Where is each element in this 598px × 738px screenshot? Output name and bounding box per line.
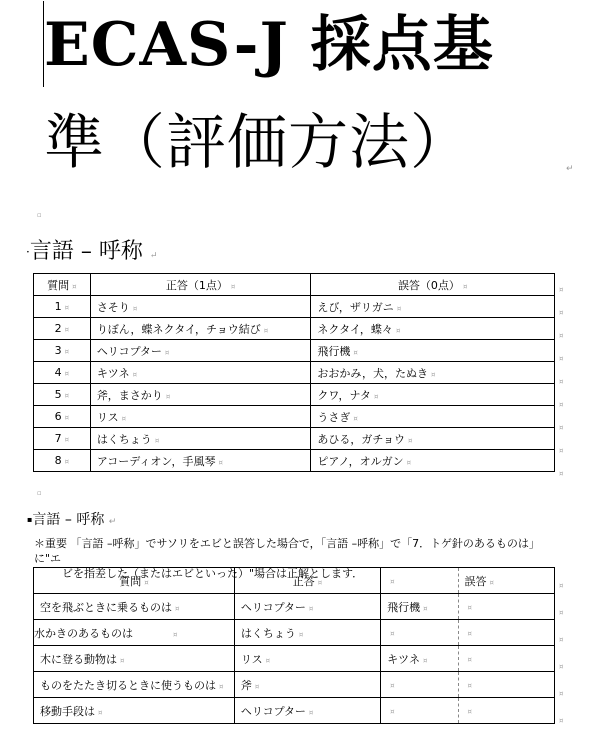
- header-blank: ¤: [381, 568, 458, 594]
- header-incorrect: 誤答（0点）¤: [311, 274, 555, 296]
- cell-incorrect-2: ¤: [458, 594, 555, 620]
- empty-paragraph-mark-icon: ▫: [37, 212, 42, 219]
- cell-correct: リス¤: [234, 646, 380, 672]
- cell-incorrect: ピアノ，オルガン¤: [311, 450, 555, 472]
- cell-text: ピアノ，オルガン: [317, 455, 403, 468]
- cell-text: リス: [241, 653, 263, 666]
- cell-number: 4¤: [34, 362, 91, 384]
- paragraph-mark-icon: ↵: [150, 251, 158, 261]
- cell-text: リス: [97, 411, 119, 424]
- cell-correct: キツネ¤: [90, 362, 311, 384]
- cell-question: ものをたたき切るときに使うものは¤: [34, 672, 235, 698]
- cell-text: りぼん，蝶ネクタイ，チョウ結び: [97, 323, 261, 336]
- cell-incorrect: えび，ザリガニ¤: [311, 296, 555, 318]
- cell-text: あひる，ガチョウ: [317, 433, 405, 446]
- header-text: 質問: [47, 279, 69, 292]
- section-heading-naming: ·言語 – 呼称 ↵: [26, 237, 157, 267]
- cell-text: ヘリコプター: [241, 705, 306, 718]
- row-end-mark-icon: ¤: [559, 690, 563, 698]
- cell-text: 2: [55, 322, 62, 335]
- cell-text: 斧，まさかり: [97, 389, 163, 402]
- cell-text: 飛行機: [387, 601, 420, 614]
- header-text: 正答: [293, 575, 315, 588]
- naming-scoring-table: 質問¤ 正答（1点）¤ 誤答（0点）¤ 1¤ さそり¤ えび，ザリガニ¤ 2¤ …: [33, 273, 555, 472]
- cell-incorrect: 飛行機¤: [311, 340, 555, 362]
- cell-number: 8¤: [34, 450, 91, 472]
- cell-text: 移動手段は: [40, 705, 95, 718]
- row-end-mark-icon: ¤: [559, 717, 563, 725]
- cell-question: 移動手段は¤: [34, 698, 235, 724]
- cell-text: 斧: [241, 679, 252, 692]
- cell-incorrect-2: ¤: [458, 620, 555, 646]
- cell-number: 5¤: [34, 384, 91, 406]
- cell-correct: ヘリコプター¤: [234, 594, 380, 620]
- table-row: 2¤ りぼん，蝶ネクタイ，チョウ結び¤ ネクタイ，蝶々¤: [34, 318, 555, 340]
- section-heading-naming-2: ▪言語 – 呼称 ↵: [27, 510, 116, 530]
- paragraph-mark-icon: ↵: [109, 517, 117, 527]
- row-end-mark-icon: ¤: [559, 401, 563, 409]
- cell-text: えび，ザリガニ: [317, 301, 393, 314]
- cell-text: ものをたたき切るときに使うものは: [40, 679, 216, 692]
- table-row: 移動手段は¤ ヘリコプター¤ ¤ ¤: [34, 698, 555, 724]
- row-end-mark-icon: ¤: [559, 378, 563, 386]
- table-row: 4¤ キツネ¤ おおかみ，犬，たぬき¤: [34, 362, 555, 384]
- table-row: 木に登る動物は¤ リス¤ キツネ¤ ¤: [34, 646, 555, 672]
- table-row: 水かきのあるものは¤ はくちょう¤ ¤ ¤: [34, 620, 555, 646]
- row-end-mark-icon: ¤: [559, 424, 563, 432]
- cell-incorrect-1: ¤: [381, 698, 458, 724]
- cell-text: はくちょう: [97, 433, 152, 446]
- cell-text: 水かきのあるものは: [34, 627, 133, 640]
- cell-number: 6¤: [34, 406, 91, 428]
- table-row: 8¤ アコーディオン，手風琴¤ ピアノ，オルガン¤: [34, 450, 555, 472]
- cell-incorrect-2: ¤: [458, 672, 555, 698]
- cell-incorrect: うさぎ¤: [311, 406, 555, 428]
- row-end-mark-icon: ¤: [559, 286, 563, 294]
- cell-text: ヘリコプター: [241, 601, 306, 614]
- cell-text: 5: [55, 388, 62, 401]
- cell-number: 2¤: [34, 318, 91, 340]
- cell-number: 3¤: [34, 340, 91, 362]
- cell-correct: りぼん，蝶ネクタイ，チョウ結び¤: [90, 318, 311, 340]
- section-heading-text: 言語 – 呼称: [30, 239, 143, 264]
- cell-text: 木に登る動物は: [40, 653, 117, 666]
- cell-incorrect-1: キツネ¤: [381, 646, 458, 672]
- cell-incorrect: ネクタイ，蝶々¤: [311, 318, 555, 340]
- cell-text: 8: [55, 454, 62, 467]
- note-line-1: ＊重要 「言語 –呼称」でサソリをエビと誤答した場合で，「言語 –呼称」で「7．…: [34, 537, 540, 565]
- cell-question: 空を飛ぶときに乗るものは¤: [34, 594, 235, 620]
- paragraph-mark-icon: ↵: [566, 165, 574, 174]
- cell-text: キツネ: [387, 653, 420, 666]
- naming-questions-table: 質問¤ 正答¤ ¤ 誤答¤ 空を飛ぶときに乗るものは¤ ヘリコプター¤ 飛行機¤…: [33, 567, 555, 724]
- cell-text: 飛行機: [317, 345, 350, 358]
- cell-text: 空を飛ぶときに乗るものは: [40, 601, 172, 614]
- header-text: 誤答: [465, 575, 487, 588]
- cell-number: 7¤: [34, 428, 91, 450]
- cell-text: クワ，ナタ: [317, 389, 371, 402]
- cell-correct: 斧¤: [234, 672, 380, 698]
- cell-incorrect: クワ，ナタ¤: [311, 384, 555, 406]
- row-end-mark-icon: ¤: [559, 355, 563, 363]
- cell-correct: アコーディオン，手風琴¤: [90, 450, 311, 472]
- table-row: 6¤ リス¤ うさぎ¤: [34, 406, 555, 428]
- cell-question: 水かきのあるものは¤: [34, 620, 235, 646]
- cell-correct: 斧，まさかり¤: [90, 384, 311, 406]
- table-row: 1¤ さそり¤ えび，ザリガニ¤: [34, 296, 555, 318]
- header-question: 質問¤: [34, 568, 235, 594]
- row-end-mark-icon: ¤: [559, 332, 563, 340]
- cell-correct: ヘリコプター¤: [90, 340, 311, 362]
- row-end-mark-icon: ¤: [559, 609, 563, 617]
- row-end-mark-icon: ¤: [559, 470, 563, 478]
- cell-text: 6: [55, 410, 62, 423]
- cell-incorrect-1: ¤: [381, 672, 458, 698]
- header-correct: 正答（1点）¤: [90, 274, 311, 296]
- cell-text: 7: [55, 432, 62, 445]
- cell-text: ヘリコプター: [97, 345, 162, 358]
- header-question: 質問¤: [34, 274, 91, 296]
- header-text: 誤答（0点）: [398, 279, 460, 292]
- cell-incorrect-2: ¤: [458, 698, 555, 724]
- table-row: 5¤ 斧，まさかり¤ クワ，ナタ¤: [34, 384, 555, 406]
- table-row: 空を飛ぶときに乗るものは¤ ヘリコプター¤ 飛行機¤ ¤: [34, 594, 555, 620]
- empty-paragraph-mark-icon: ▫: [37, 490, 42, 497]
- header-text: 質問: [119, 575, 141, 588]
- document-title-line-2: 準（評価方法）: [44, 108, 471, 178]
- row-end-mark-icon: ¤: [559, 582, 563, 590]
- row-end-mark-icon: ¤: [559, 663, 563, 671]
- cell-correct: さそり¤: [90, 296, 311, 318]
- cell-text: キツネ: [97, 367, 130, 380]
- row-end-mark-icon: ¤: [559, 309, 563, 317]
- header-text: 正答（1点）: [166, 279, 228, 292]
- cell-correct: リス¤: [90, 406, 311, 428]
- row-end-mark-icon: ¤: [559, 636, 563, 644]
- table-row: 7¤ はくちょう¤ あひる，ガチョウ¤: [34, 428, 555, 450]
- cell-incorrect-1: ¤: [381, 620, 458, 646]
- cell-text: 4: [55, 366, 62, 379]
- row-end-mark-icon: ¤: [559, 447, 563, 455]
- cell-correct: はくちょう¤: [234, 620, 380, 646]
- table-header-row: 質問¤ 正答（1点）¤ 誤答（0点）¤: [34, 274, 555, 296]
- cell-text: うさぎ: [317, 411, 350, 424]
- cell-text: はくちょう: [241, 627, 296, 640]
- cell-number: 1¤: [34, 296, 91, 318]
- cell-incorrect: あひる，ガチョウ¤: [311, 428, 555, 450]
- table-row: 3¤ ヘリコプター¤ 飛行機¤: [34, 340, 555, 362]
- table-header-row: 質問¤ 正答¤ ¤ 誤答¤: [34, 568, 555, 594]
- cell-text: さそり: [97, 301, 130, 314]
- cell-text: おおかみ，犬，たぬき: [317, 367, 428, 380]
- cell-question: 木に登る動物は¤: [34, 646, 235, 672]
- cell-text: ネクタイ，蝶々: [317, 323, 393, 336]
- cell-text: アコーディオン，手風琴: [97, 455, 216, 468]
- cell-correct: ヘリコプター¤: [234, 698, 380, 724]
- cell-correct: はくちょう¤: [90, 428, 311, 450]
- section-heading-text: 言語 – 呼称: [32, 512, 104, 528]
- header-correct: 正答¤: [234, 568, 380, 594]
- cell-incorrect-2: ¤: [458, 646, 555, 672]
- cell-text: 3: [55, 344, 62, 357]
- cell-incorrect: おおかみ，犬，たぬき¤: [311, 362, 555, 384]
- cell-incorrect-1: 飛行機¤: [381, 594, 458, 620]
- header-incorrect: 誤答¤: [458, 568, 555, 594]
- table-row: ものをたたき切るときに使うものは¤ 斧¤ ¤ ¤: [34, 672, 555, 698]
- cell-text: 1: [55, 300, 62, 313]
- document-title-line-1: ECAS-J 採点基: [44, 10, 494, 80]
